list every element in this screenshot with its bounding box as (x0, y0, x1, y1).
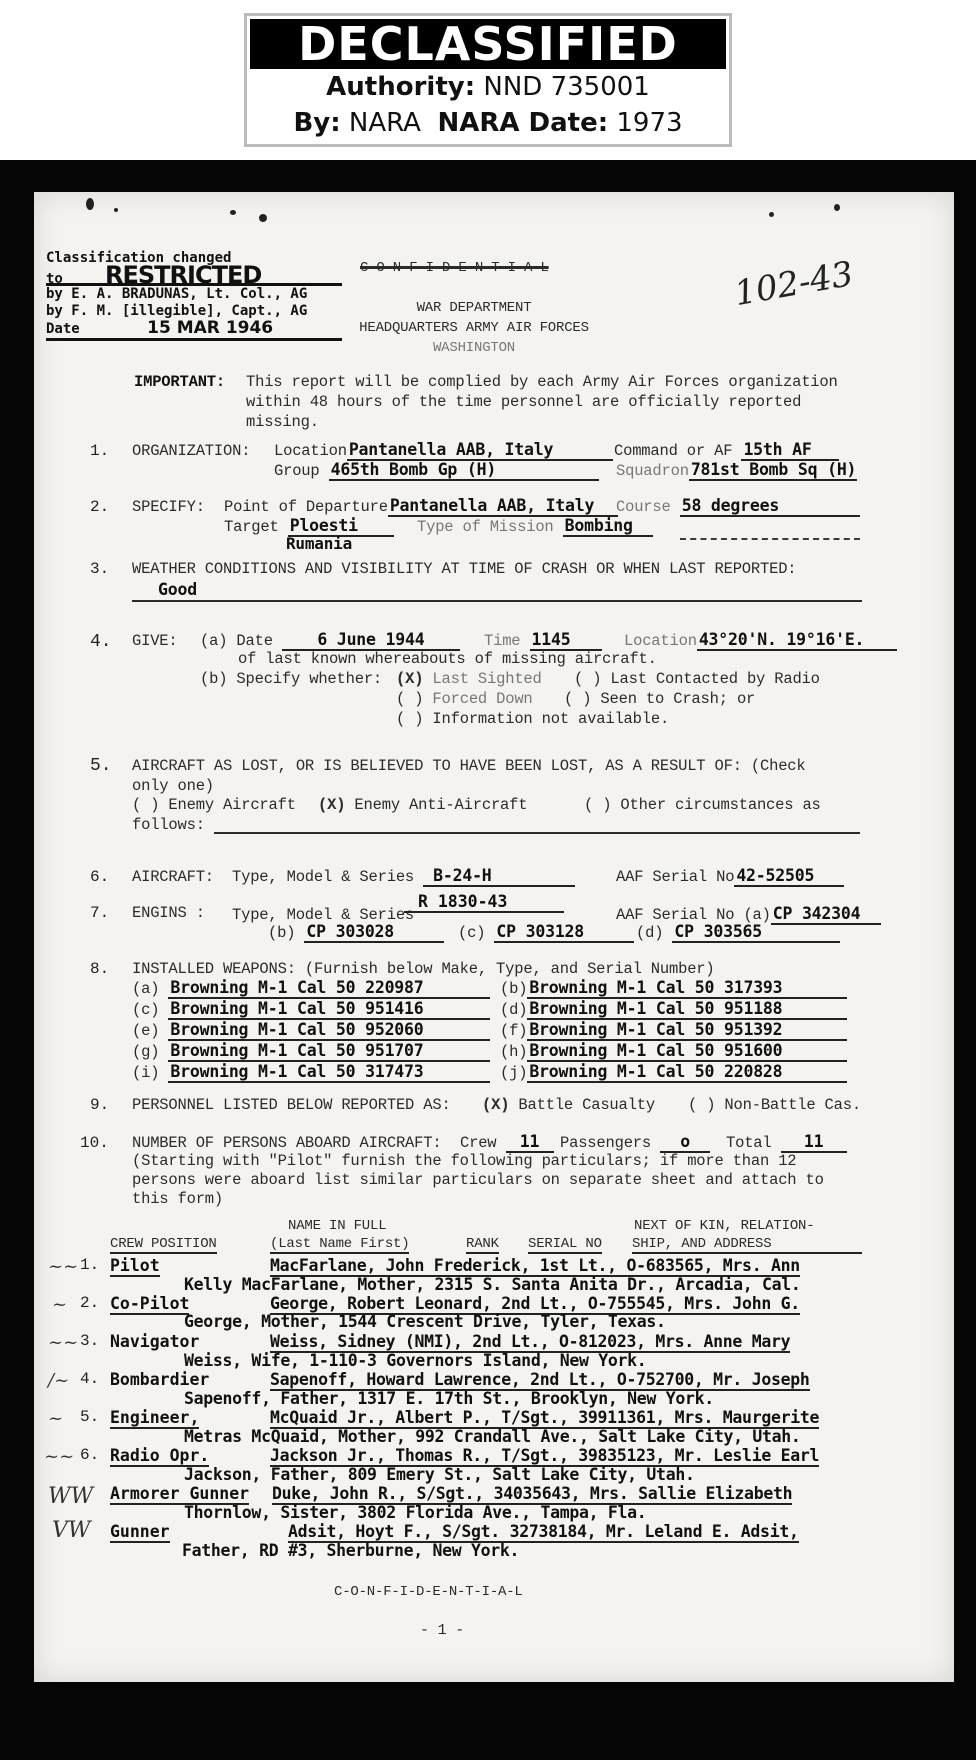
crew-kin-address: Jackson, Father, 809 Emery St., Salt Lak… (184, 1465, 695, 1484)
scanned-document-frame: Classification changed to RESTRICTED by … (0, 160, 976, 1760)
weapon-g: (g) Browning M-1 Cal 50 951707 (132, 1041, 490, 1062)
crew-details: Weiss, Sidney (NMI), 2nd Lt., O-812023, … (270, 1332, 790, 1353)
crew-kin-address: Thornlow, Sister, 3802 Florida Ave., Tam… (184, 1503, 646, 1522)
weapon-b: (b)Browning M-1 Cal 50 317393 (500, 978, 847, 999)
weapon-h: (h)Browning M-1 Cal 50 951600 (500, 1041, 847, 1062)
option-battle-casualty[interactable]: (X) Battle Casualty (482, 1096, 655, 1114)
crew-details: Adsit, Hoyt F., S/Sgt. 32738184, Mr. Lel… (288, 1522, 799, 1543)
option-last-contacted-radio[interactable]: ( ) Last Contacted by Radio (574, 670, 820, 688)
location-coordinates-field: Location43°20'N. 19°16'E. (624, 630, 897, 651)
stamp-title: DECLASSIFIED (250, 19, 726, 69)
organization-squadron-field: Squadron781st Bomb Sq (H) (616, 460, 857, 481)
crew-kin-address: Metras McQuaid, Mother, 992 Crandall Ave… (184, 1427, 801, 1446)
stamp-by: By: NARA NARA Date: 1973 (247, 105, 729, 141)
aircraft-serial-field: AAF Serial No42-52505 (616, 866, 844, 887)
organization-command-field: Command or AF 15th AF (614, 440, 839, 461)
header-org: WAR DEPARTMENT HEADQUARTERS ARMY AIR FOR… (339, 298, 609, 358)
header-kin-address: SHIP, AND ADDRESS (632, 1236, 862, 1254)
crew-kin-address: Weiss, Wife, 1-110-3 Governors Island, N… (184, 1351, 646, 1370)
crew-kin-address: Kelly MacFarlane, Mother, 2315 S. Santa … (184, 1275, 801, 1294)
option-other-circumstances[interactable]: ( ) Other circumstances as (584, 796, 821, 814)
page-number: - 1 - (420, 1622, 464, 1639)
passengers-count-field: Passengers o (560, 1132, 710, 1153)
classification-change-block: Classification changed to RESTRICTED by … (46, 250, 342, 341)
crew-details: Duke, John R., S/Sgt., 34035643, Mrs. Sa… (272, 1484, 792, 1505)
total-count-field: Total 11 (726, 1132, 847, 1153)
header-name-in-full: NAME IN FULL (288, 1218, 386, 1234)
section2-label: SPECIFY: (132, 498, 205, 516)
lost-cause-question: AIRCRAFT AS LOST, OR IS BELIEVED TO HAVE… (132, 756, 806, 796)
option-forced-down[interactable]: ( ) Forced Down (396, 690, 533, 708)
weapon-e: (e) Browning M-1 Cal 50 952060 (132, 1020, 490, 1041)
weapons-right-column: (b)Browning M-1 Cal 50 317393 (d)Brownin… (500, 978, 847, 1083)
crew-position: Co-Pilot (110, 1294, 189, 1315)
weather-label: WEATHER CONDITIONS AND VISIBILITY AT TIM… (132, 560, 796, 578)
stamp-authority: Authority: NND 735001 (247, 69, 729, 105)
weapon-c: (c) Browning M-1 Cal 50 951416 (132, 999, 490, 1020)
mission-type-field: Type of Mission Bombing (417, 516, 653, 537)
restricted-stamp: RESTRICTED (105, 261, 261, 289)
crew-position: Gunner (110, 1522, 170, 1543)
crew-kin-address: George, Mother, 1544 Crescent Drive, Tyl… (184, 1312, 666, 1331)
weather-value: Good (158, 580, 197, 600)
weapons-left-column: (a) Browning M-1 Cal 50 220987 (c) Brown… (132, 978, 490, 1083)
persons-instructions: (Starting with "Pilot" furnish the follo… (132, 1152, 824, 1209)
weapon-d: (d)Browning M-1 Cal 50 951188 (500, 999, 847, 1020)
header-classification: C-O-N-F-I-D-E-N-T-I-A-L (360, 260, 549, 276)
option-information-not-available[interactable]: ( ) Information not available. (396, 710, 669, 728)
time-field: Time 1145 (484, 630, 602, 651)
option-last-sighted[interactable]: (X) Last Sighted (396, 670, 542, 688)
follows-input-line[interactable] (214, 832, 860, 834)
declassified-stamp: DECLASSIFIED Authority: NND 735001 By: N… (244, 13, 732, 147)
departure-field: Point of DeparturePantanella AAB, Italy (224, 496, 618, 517)
weapons-label: INSTALLED WEAPONS: (Furnish below Make, … (132, 960, 715, 978)
section1-label: ORGANIZATION: (132, 442, 250, 460)
organization-group-field: Group 465th Bomb Gp (H) (274, 460, 599, 481)
weapon-j: (j)Browning M-1 Cal 50 220828 (500, 1062, 847, 1083)
footer-classification: C-O-N-F-I-D-E-N-T-I-A-L (334, 1584, 523, 1600)
target-country: Rumania (286, 534, 352, 554)
crew-position: Navigator (110, 1332, 199, 1351)
option-enemy-aircraft[interactable]: ( ) Enemy Aircraft (132, 796, 296, 814)
handwritten-file-number: 102-43 (731, 254, 856, 314)
header-crew-position: CREW POSITION (110, 1236, 217, 1254)
give-label: GIVE: (132, 632, 178, 650)
crew-kin-address: Father, RD #3, Sherburne, New York. (182, 1541, 519, 1560)
engine-serial-c: (c) CP 303128 (458, 922, 634, 943)
crew-position: Pilot (110, 1256, 160, 1277)
header-last-name-first: (Last Name First) (270, 1236, 409, 1254)
crew-details: Sapenoff, Howard Lawrence, 2nd Lt., O-75… (270, 1370, 810, 1391)
important-notice: IMPORTANT: This report will be complied … (134, 372, 838, 432)
crew-details: McQuaid Jr., Albert P., T/Sgt., 39911361… (270, 1408, 819, 1429)
engine-serial-b: (b) CP 303028 (268, 922, 444, 943)
engine-type-field: R 1830-43 (404, 892, 564, 913)
date-field: (a) Date 6 June 1944 (200, 630, 460, 651)
option-non-battle-casualty[interactable]: ( ) Non-Battle Cas. (688, 1096, 861, 1114)
crew-details: MacFarlane, John Frederick, 1st Lt., O-6… (270, 1256, 800, 1277)
crew-position: Armorer Gunner (110, 1484, 249, 1505)
course-field: Course 58 degrees (616, 496, 860, 517)
crew-position: Engineer, (110, 1408, 199, 1429)
weapon-i: (i) Browning M-1 Cal 50 317473 (132, 1062, 490, 1083)
header-rank: RANK (466, 1236, 499, 1254)
weapon-a: (a) Browning M-1 Cal 50 220987 (132, 978, 490, 999)
document-page: Classification changed to RESTRICTED by … (34, 192, 954, 1682)
crew-kin-address: Sapenoff, Father, 1317 E. 17th St., Broo… (184, 1389, 714, 1408)
header-next-of-kin: NEXT OF KIN, RELATION- (634, 1218, 814, 1234)
option-enemy-anti-aircraft[interactable]: (X) Enemy Anti-Aircraft (318, 796, 527, 814)
engine-serial-d: (d) CP 303565 (636, 922, 840, 943)
weapon-f: (f)Browning M-1 Cal 50 951392 (500, 1020, 847, 1041)
aircraft-type-field: Type, Model & Series B-24-H (232, 866, 575, 887)
option-seen-to-crash[interactable]: ( ) Seen to Crash; or (564, 690, 755, 708)
crew-position: Radio Opr. (110, 1446, 209, 1467)
header-serial-no: SERIAL NO (528, 1236, 602, 1254)
crew-position: Bombardier (110, 1370, 209, 1389)
crew-details: Jackson Jr., Thomas R., T/Sgt., 39835123… (270, 1446, 819, 1467)
crew-count-field: Crew 11 (460, 1132, 554, 1153)
organization-location-field: LocationPantanella AAB, Italy (274, 440, 613, 461)
